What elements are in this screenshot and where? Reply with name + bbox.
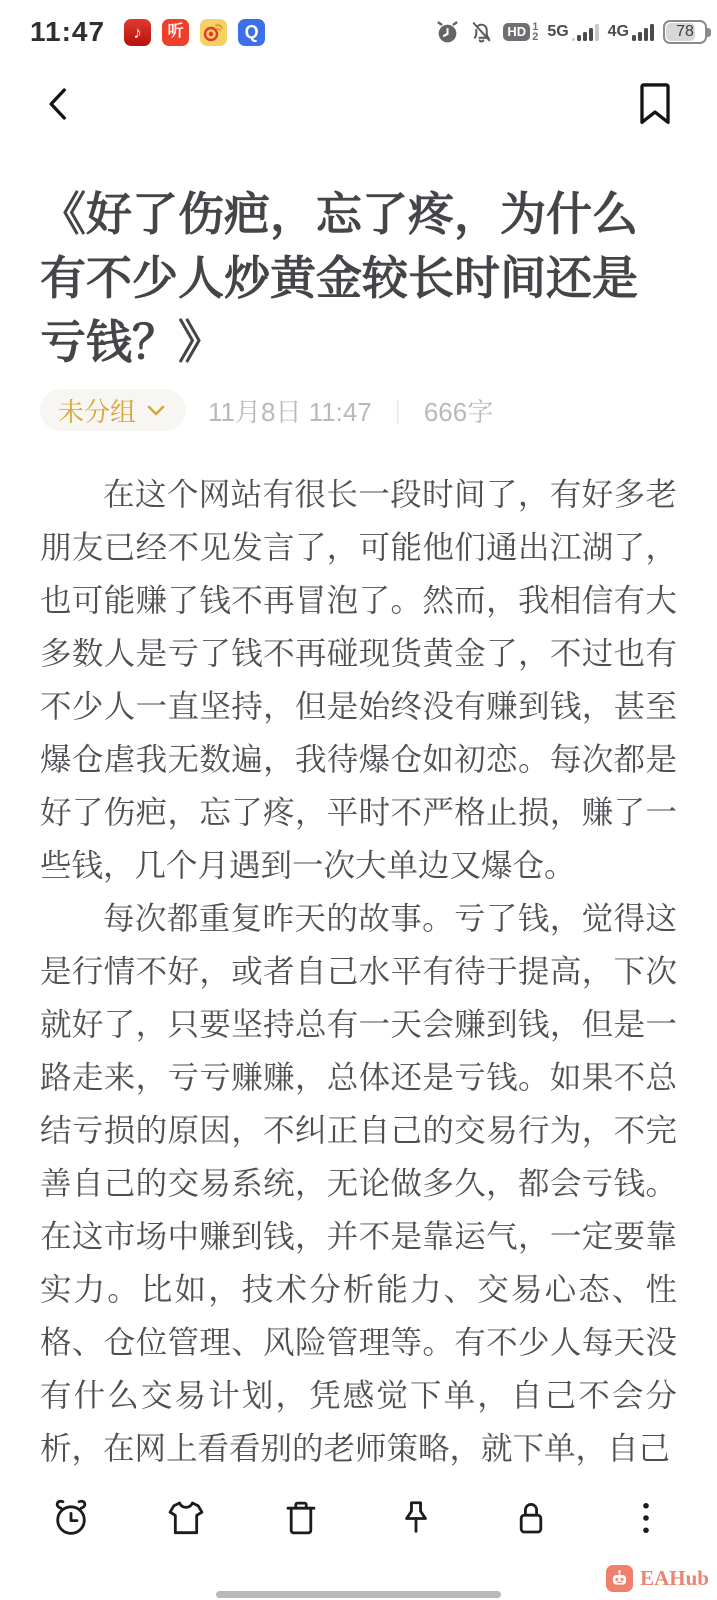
- quark-browser-icon: Q: [238, 19, 265, 46]
- sim-2: 2: [532, 32, 538, 42]
- watermark-label: EAHub: [640, 1566, 709, 1591]
- ting-app-icon: 听: [162, 19, 189, 46]
- kebab-menu-icon: [625, 1497, 667, 1539]
- hd-badge: HD: [503, 23, 530, 41]
- battery-indicator: 78: [663, 20, 707, 44]
- signal-bars-5g-icon: [572, 24, 599, 41]
- word-count: 666字: [424, 392, 493, 429]
- chevron-down-icon: [144, 398, 168, 422]
- netease-glyph: ♪: [133, 24, 142, 41]
- paragraph: 每次都重复昨天的故事。亏了钱，觉得这是行情不好，或者自己水平有待于提高，下次就好…: [40, 892, 677, 1475]
- more-button[interactable]: [625, 1497, 667, 1539]
- alarm-status-icon: [435, 20, 460, 45]
- lock-icon: [510, 1497, 552, 1539]
- article-title: 《好了伤疤，忘了疼，为什么有不少人炒黄金较长时间还是亏钱？》: [40, 182, 677, 374]
- dual-sim-indicator: 1 2: [532, 22, 538, 42]
- netease-music-icon: ♪: [124, 19, 151, 46]
- paragraph: 在这个网站有很长一段时间了，有好多老朋友已经不见发言了，可能他们通出江湖了，也可…: [40, 468, 677, 892]
- meta-row: 未分组 11月8日 11:47 ｜ 666字: [40, 388, 677, 432]
- signal-bars-4g-icon: [632, 24, 654, 41]
- phone-screen: 11:47 ♪ 听 Q: [0, 0, 717, 1600]
- article-body[interactable]: 在这个网站有很长一段时间了，有好多老朋友已经不见发言了，可能他们通出江湖了，也可…: [40, 468, 677, 1600]
- article-date: 11月8日 11:47: [208, 392, 372, 429]
- home-indicator[interactable]: [216, 1591, 501, 1598]
- battery-nub: [707, 28, 711, 37]
- lock-button[interactable]: [510, 1497, 552, 1539]
- pushpin-icon: [395, 1497, 437, 1539]
- status-bar-right: HD 1 2 5G 4G 78: [435, 20, 707, 45]
- ting-glyph: 听: [168, 24, 184, 40]
- volte-hd-indicator: HD 1 2: [503, 22, 538, 42]
- watermark-badge: EAHub: [606, 1565, 709, 1592]
- tshirt-icon: [165, 1497, 207, 1539]
- trash-icon: [280, 1497, 322, 1539]
- skin-button[interactable]: [165, 1497, 207, 1539]
- category-tag-label: 未分组: [58, 392, 136, 429]
- bookmark-button[interactable]: [633, 79, 677, 129]
- nav-bar: [0, 72, 717, 136]
- alarm-clock-icon: [50, 1497, 92, 1539]
- reminder-button[interactable]: [50, 1497, 92, 1539]
- status-time: 11:47: [30, 16, 105, 48]
- battery-percent: 78: [676, 23, 694, 41]
- status-bar: 11:47 ♪ 听 Q: [0, 0, 717, 58]
- quark-glyph: Q: [245, 23, 259, 41]
- chevron-left-icon: [38, 81, 80, 127]
- weibo-icon: [200, 19, 227, 46]
- category-tag-button[interactable]: 未分组: [40, 389, 186, 431]
- signal-4g: 4G: [608, 24, 654, 41]
- status-bar-left: 11:47 ♪ 听 Q: [30, 16, 265, 48]
- back-button[interactable]: [38, 81, 80, 127]
- robot-icon: [606, 1565, 633, 1592]
- network-4g-label: 4G: [608, 24, 629, 40]
- bookmark-icon: [633, 79, 677, 129]
- delete-button[interactable]: [280, 1497, 322, 1539]
- meta-separator: ｜: [386, 393, 410, 428]
- mute-bell-icon: [469, 20, 494, 45]
- network-5g-label: 5G: [547, 24, 568, 40]
- signal-5g: 5G: [547, 24, 598, 41]
- pin-button[interactable]: [395, 1497, 437, 1539]
- weibo-eye-glyph: [200, 19, 227, 46]
